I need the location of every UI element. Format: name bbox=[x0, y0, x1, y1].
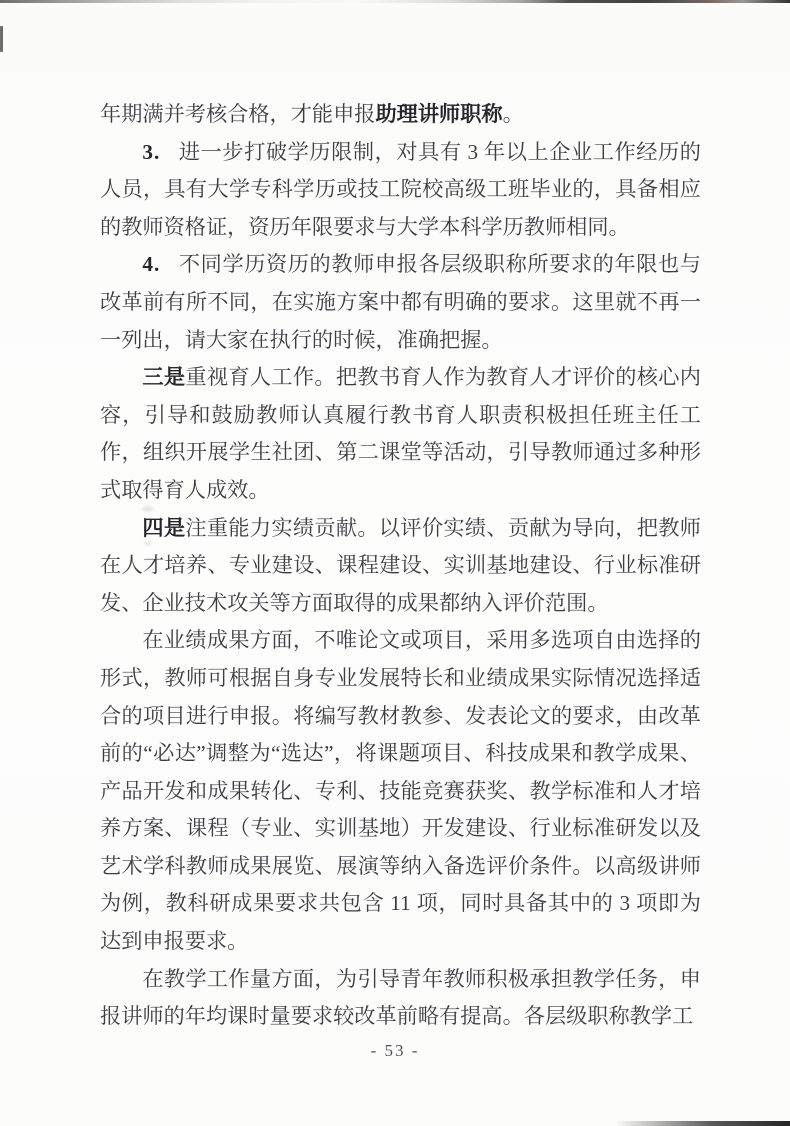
text-segment: 在教学工作量方面，为引导青年教师积极承担教学任务，申报讲师的年均课时量要求较改革… bbox=[100, 967, 701, 1029]
scan-artifact-top-edge bbox=[0, 0, 790, 3]
page-number: - 53 - bbox=[0, 1041, 790, 1061]
text-segment: 注重能力实绩贡献。以评价实绩、贡献为导向，把教师在人才培养、专业建设、课程建设、… bbox=[100, 516, 701, 615]
scan-artifact-left-edge bbox=[0, 26, 3, 52]
paragraph-continuation: 年期满并考核合格，才能申报助理讲师职称。 bbox=[100, 96, 701, 134]
paragraph-third-point: 三是重视育人工作。把教书育人作为教育人才评价的核心内容，引导和鼓励教师认真履行教… bbox=[100, 359, 701, 509]
paragraph-item-4: 4.不同学历资历的教师申报各层级职称所要求的年限也与改革前有所不同，在实施方案中… bbox=[100, 246, 701, 359]
text-segment-bold: 助理讲师职称 bbox=[375, 102, 502, 126]
paragraph-item-3: 3.进一步打破学历限制，对具有 3 年以上企业工作经历的人员，具有大学专科学历或… bbox=[100, 134, 701, 247]
list-number: 3. bbox=[142, 140, 160, 164]
text-segment-bold: 四是 bbox=[142, 516, 185, 540]
scan-artifact-bottom-right-corner bbox=[615, 1121, 790, 1126]
document-body: 年期满并考核合格，才能申报助理讲师职称。 3.进一步打破学历限制，对具有 3 年… bbox=[100, 96, 701, 1036]
text-segment: 进一步打破学历限制，对具有 3 年以上企业工作经历的人员，具有大学专科学历或技工… bbox=[100, 140, 701, 239]
text-segment: 在业绩成果方面，不唯论文或项目，采用多选项自由选择的形式，教师可根据自身专业发展… bbox=[100, 628, 701, 953]
paragraph-fourth-point: 四是注重能力实绩贡献。以评价实绩、贡献为导向，把教师在人才培养、专业建设、课程建… bbox=[100, 510, 701, 623]
text-segment: 重视育人工作。把教书育人作为教育人才评价的核心内容，引导和鼓励教师认真履行教书育… bbox=[100, 365, 701, 502]
paragraph-achievements: 在业绩成果方面，不唯论文或项目，采用多选项自由选择的形式，教师可根据自身专业发展… bbox=[100, 622, 701, 960]
document-page: 年期满并考核合格，才能申报助理讲师职称。 3.进一步打破学历限制，对具有 3 年… bbox=[0, 0, 790, 1126]
text-segment: 年期满并考核合格，才能申报 bbox=[100, 102, 375, 126]
text-segment-bold: 三是 bbox=[142, 365, 185, 389]
list-number: 4. bbox=[142, 252, 160, 276]
text-segment: 不同学历资历的教师申报各层级职称所要求的年限也与改革前有所不同，在实施方案中都有… bbox=[100, 252, 701, 351]
paragraph-teaching-workload: 在教学工作量方面，为引导青年教师积极承担教学任务，申报讲师的年均课时量要求较改革… bbox=[100, 961, 701, 1036]
text-segment: 。 bbox=[503, 102, 524, 126]
